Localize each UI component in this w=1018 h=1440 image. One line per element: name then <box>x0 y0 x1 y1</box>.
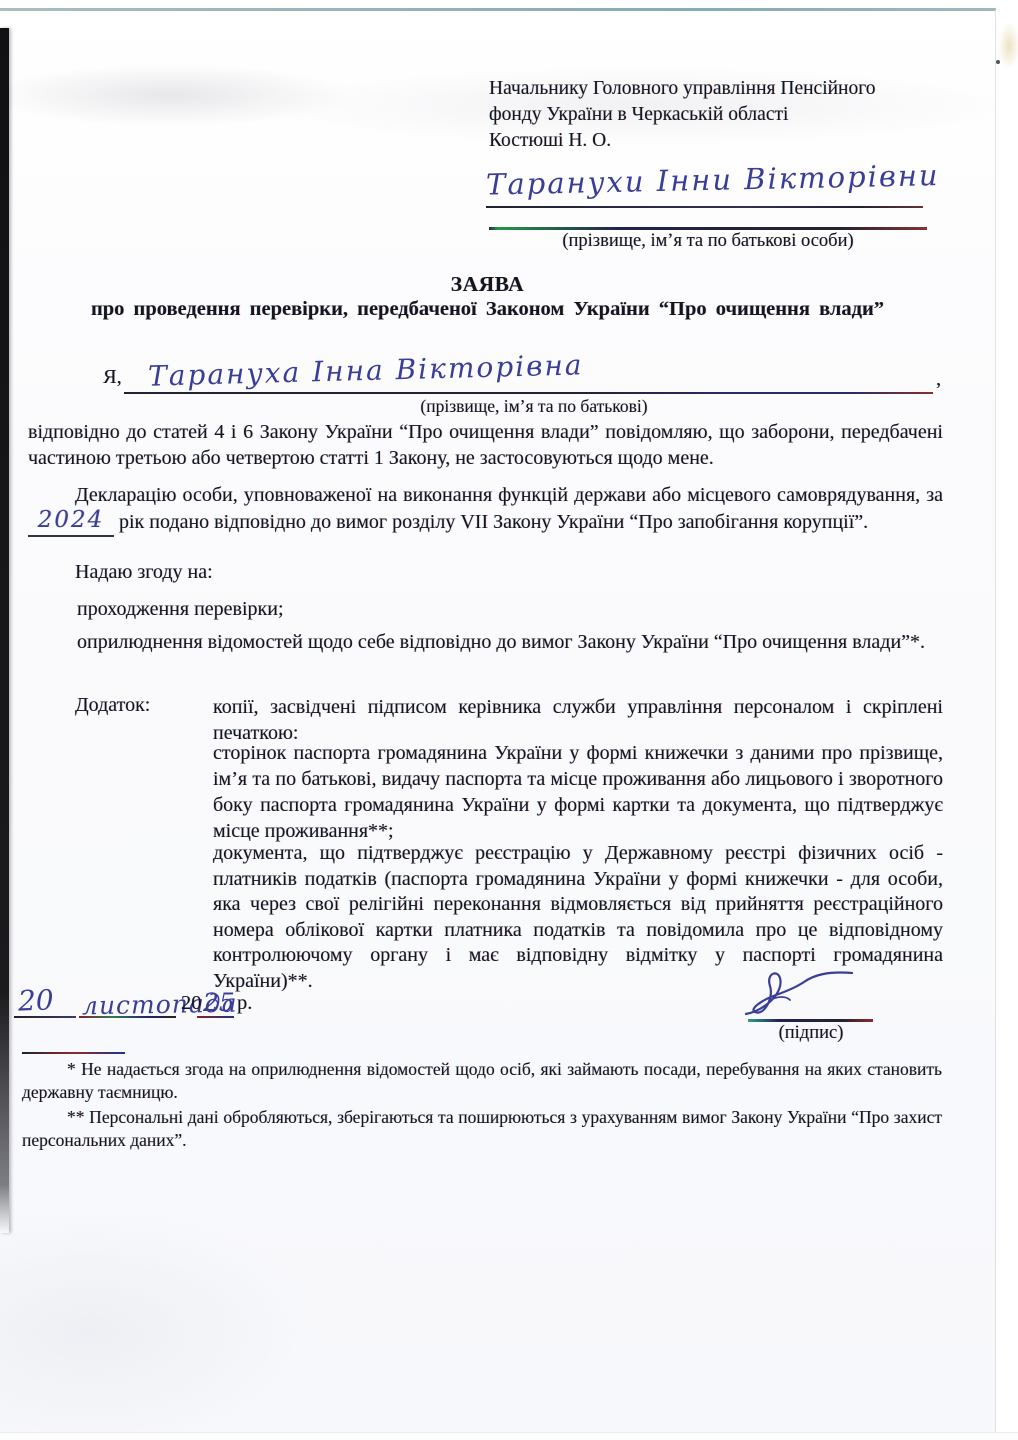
consent-item-check: проходження перевірки; <box>77 596 577 622</box>
handwritten-date-year: 25 <box>203 988 235 1017</box>
year-blank-field: 2024 <box>28 508 114 537</box>
addressee-line-1: Начальнику Головного управління Пенсійно… <box>489 76 939 102</box>
handwritten-addressee-name: Таранухи Інни Вікторівни <box>486 158 927 201</box>
scan-artifact-bottom-edge <box>0 1432 1018 1440</box>
addressee-line-2: фонду України в Черкаській області <box>489 102 939 128</box>
footnote-personal-data: ** Персональні дані обробляються, зберіг… <box>22 1106 942 1151</box>
attachment-intro: копії, засвідчені підписом керівника слу… <box>213 694 943 746</box>
scan-artifact-right-margin <box>995 10 1018 1440</box>
paragraph-declaration-before: Декларацію особи, уповноваженої на викон… <box>75 484 943 506</box>
scan-artifact-dot <box>996 60 1000 64</box>
date-year-underline <box>197 1016 234 1018</box>
date-day-underline <box>14 1016 76 1018</box>
handwritten-date-day: 20 <box>17 983 54 1017</box>
attachment-label: Додаток: <box>75 694 150 717</box>
signature-mark <box>740 966 860 1024</box>
signature-underline-ink <box>486 206 923 208</box>
paragraph-declaration: Декларацію особи, уповноваженої на викон… <box>28 482 943 537</box>
addressee-line-3: Костюші Н. О. <box>489 128 939 154</box>
declarant-trailing-comma: , <box>936 368 941 391</box>
addressee-block: Начальнику Головного управління Пенсійно… <box>489 76 939 154</box>
document-title: ЗАЯВА <box>0 272 975 297</box>
scanned-document-page: Начальнику Головного управління Пенсійно… <box>0 0 1018 1440</box>
signature-underline <box>748 1019 873 1022</box>
scan-artifact-top-edge-line <box>0 8 996 11</box>
signature-underline-printed <box>489 227 927 230</box>
footnote-separator-rule <box>22 1052 125 1054</box>
handwritten-year: 2024 <box>38 507 105 533</box>
consent-intro: Надаю згоду на: <box>75 559 575 585</box>
date-suffix-printed: р. <box>237 992 252 1015</box>
date-century-printed: 20 <box>181 992 202 1015</box>
attachment-item-passport: сторінок паспорта громадянина України у … <box>213 740 943 844</box>
paragraph-law-notice: відповідно до статей 4 і 6 Закону Україн… <box>28 419 943 471</box>
scan-artifact-left-strip <box>0 28 9 1233</box>
declarant-prefix: Я, <box>103 366 122 389</box>
signature-caption: (підпис) <box>750 1023 872 1044</box>
scan-artifact-smudge <box>998 22 1018 70</box>
footnote-state-secret: * Не надається згода на оприлюднення від… <box>22 1058 942 1103</box>
addressee-name-caption: (прізвище, ім’я та по батькові особи) <box>489 231 927 252</box>
document-subtitle: про проведення перевірки, передбаченої З… <box>0 298 975 321</box>
handwritten-declarant-name: Тарануха Інна Вікторівна <box>148 348 584 392</box>
declarant-name-caption: (прізвище, ім’я та по батькові) <box>329 396 739 417</box>
declarant-name-underline <box>124 392 933 394</box>
date-month-underline <box>79 1016 176 1018</box>
consent-item-publication: оприлюднення відомостей щодо себе відпов… <box>28 629 943 655</box>
paragraph-declaration-after: рік подано відповідно до вимог розділу V… <box>119 511 868 533</box>
